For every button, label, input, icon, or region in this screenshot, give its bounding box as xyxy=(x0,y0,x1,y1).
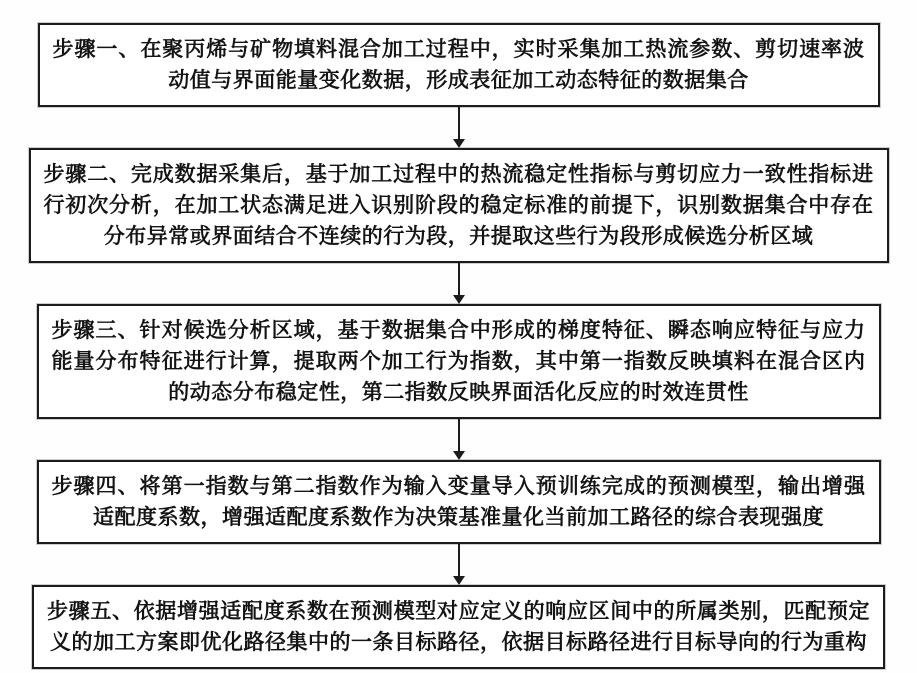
step-box-1: 步骤一、在聚丙烯与矿物填料混合加工过程中，实时采集加工热流参数、剪切速率波动值与… xyxy=(38,23,880,107)
flowchart-page: 步骤一、在聚丙烯与矿物填料混合加工过程中，实时采集加工热流参数、剪切速率波动值与… xyxy=(0,0,917,673)
arrow-head xyxy=(453,451,465,460)
step-text-1: 步骤一、在聚丙烯与矿物填料混合加工过程中，实时采集加工热流参数、剪切速率波动值与… xyxy=(53,34,865,96)
down-arrow-icon-1 xyxy=(453,107,465,148)
step-box-4: 步骤四、将第一指数与第二指数作为输入变量导入预训练完成的预测模型，输出增强适配度… xyxy=(37,460,881,544)
arrow-head xyxy=(453,295,465,304)
arrow-shaft xyxy=(458,263,460,296)
step-text-5: 步骤五、依据增强适配度系数在预测模型对应定义的响应区间中的所属类别，匹配预定义的… xyxy=(47,596,870,658)
flowchart: 步骤一、在聚丙烯与矿物填料混合加工过程中，实时采集加工热流参数、剪切速率波动值与… xyxy=(0,0,917,669)
step-text-2: 步骤二、完成数据采集后，基于加工过程中的热流稳定性指标与剪切应力一致性指标进行初… xyxy=(44,159,874,252)
step-box-2: 步骤二、完成数据采集后，基于加工过程中的热流稳定性指标与剪切应力一致性指标进行初… xyxy=(29,148,889,263)
down-arrow-icon-2 xyxy=(453,263,465,304)
arrow-shaft xyxy=(458,107,460,140)
step-text-4: 步骤四、将第一指数与第二指数作为输入变量导入预训练完成的预测模型，输出增强适配度… xyxy=(52,471,866,533)
arrow-shaft xyxy=(458,544,460,577)
down-arrow-icon-3 xyxy=(453,419,465,460)
step-box-5: 步骤五、依据增强适配度系数在预测模型对应定义的响应区间中的所属类别，匹配预定义的… xyxy=(32,585,885,669)
arrow-shaft xyxy=(458,419,460,452)
step-text-3: 步骤三、针对候选分析区域，基于数据集合中形成的梯度特征、瞬态响应特征与应力能量分… xyxy=(52,315,866,408)
arrow-head xyxy=(453,139,465,148)
arrow-head xyxy=(453,576,465,585)
step-box-3: 步骤三、针对候选分析区域，基于数据集合中形成的梯度特征、瞬态响应特征与应力能量分… xyxy=(37,304,881,419)
down-arrow-icon-4 xyxy=(453,544,465,585)
